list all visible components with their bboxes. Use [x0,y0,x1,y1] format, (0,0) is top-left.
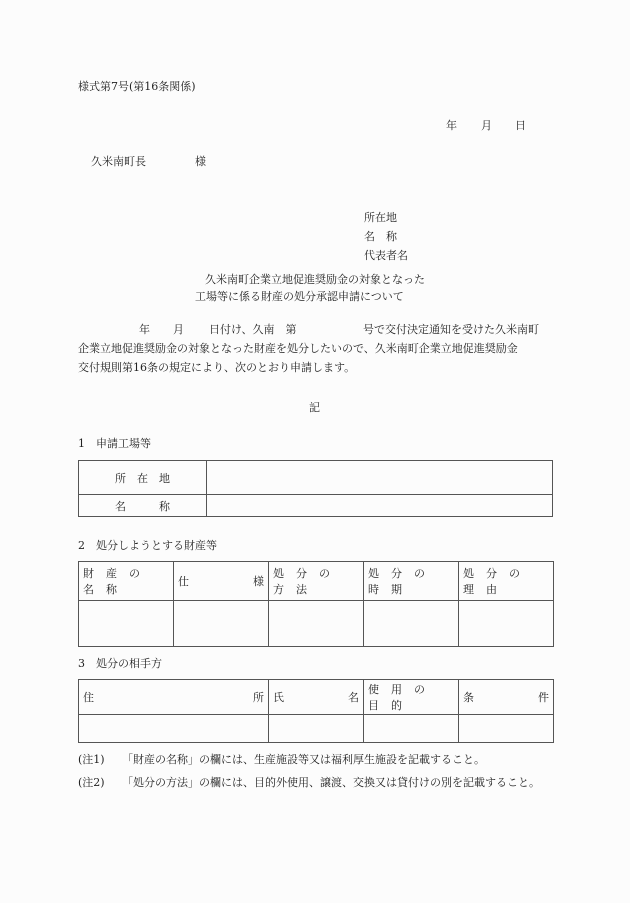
table-row [79,601,554,647]
section2-table: 財産の名称 仕様 処分の方法 処分の時期 処分の理由 [78,561,554,647]
cell-address[interactable] [79,715,269,743]
header-text: 件 [538,689,549,705]
body-month: 月 [173,323,184,337]
addressee-honorific: 様 [195,155,206,169]
header-text: 住 [83,689,94,705]
body-year: 年 [139,323,150,337]
cell-disposal-reason[interactable] [459,601,554,647]
table-row: 名 称 [79,495,553,517]
section3-table: 住所 氏名 使用の目的 条件 [78,679,554,743]
cell-property-name[interactable] [79,601,174,647]
table-row: 所 在 地 [79,461,553,495]
header-text: 仕 [178,573,189,589]
cell-full-name[interactable] [269,715,364,743]
header-conditions: 条件 [459,680,554,715]
header-text: 様 [253,573,264,589]
table-header-row: 住所 氏名 使用の目的 条件 [79,680,554,715]
header-text: 処分の時期 [368,567,437,596]
header-purpose: 使用の目的 [364,680,459,715]
date-day: 日 [515,119,526,133]
ki-heading: 記 [309,401,320,415]
applicant-representative-label: 代表者名 [364,249,408,263]
addressee-name: 久米南町長 [91,155,146,169]
header-text: 氏 [273,689,284,705]
title-line-2: 工場等に係る財産の処分承認申請について [195,290,404,304]
body-day-prefix: 日付け、久南 第 [209,323,297,337]
header-text: 処分の理由 [463,567,532,596]
title-line-1: 久米南町企業立地促進奨励金の対象となった [205,273,425,287]
cell-disposal-method[interactable] [269,601,364,647]
section1-heading: 1 申請工場等 [78,437,151,451]
header-disposal-timing: 処分の時期 [364,562,459,601]
date-month: 月 [481,119,492,133]
header-property-name: 財産の名称 [79,562,174,601]
header-text: 処分の方法 [273,567,342,596]
body-line-3: 交付規則第16条の規定により、次のとおり申請します。 [78,361,355,375]
cell-conditions[interactable] [459,715,554,743]
header-text: 使用の目的 [368,683,437,712]
section1-label-address: 所 在 地 [79,461,207,495]
note-1-text: 「財産の名称」の欄には、生産施設等又は福利厚生施設を記載すること。 [122,753,485,767]
header-text: 名 [348,689,359,705]
header-specification: 仕様 [174,562,269,601]
header-text: 条 [463,689,474,705]
section1-table: 所 在 地 名 称 [78,460,553,517]
applicant-name-label: 名 称 [364,230,397,244]
header-address: 住所 [79,680,269,715]
note-2-text: 「処分の方法」の欄には、目的外使用、譲渡、交換又は貸付けの別を記載すること。 [122,776,540,790]
section1-value-name[interactable] [207,495,553,517]
body-line-2: 企業立地促進奨励金の対象となった財産を処分したいので、久米南町企業立地促進奨励金 [78,342,518,356]
cell-purpose[interactable] [364,715,459,743]
header-disposal-reason: 処分の理由 [459,562,554,601]
header-full-name: 氏名 [269,680,364,715]
note-1-label: (注1) [78,753,105,767]
table-row [79,715,554,743]
header-text: 所 [253,689,264,705]
date-year: 年 [446,119,457,133]
section1-value-address[interactable] [207,461,553,495]
section1-label-name: 名 称 [79,495,207,517]
header-disposal-method: 処分の方法 [269,562,364,601]
table-header-row: 財産の名称 仕様 処分の方法 処分の時期 処分の理由 [79,562,554,601]
body-line1-suffix: 号で交付決定通知を受けた久米南町 [363,323,539,337]
form-number: 様式第7号(第16条関係) [78,80,196,94]
header-text: 財産の名称 [83,567,152,596]
cell-specification[interactable] [174,601,269,647]
applicant-address-label: 所在地 [364,211,397,225]
note-2-label: (注2) [78,776,105,790]
section2-heading: 2 処分しようとする財産等 [78,539,217,553]
cell-disposal-timing[interactable] [364,601,459,647]
section3-heading: 3 処分の相手方 [78,657,162,671]
